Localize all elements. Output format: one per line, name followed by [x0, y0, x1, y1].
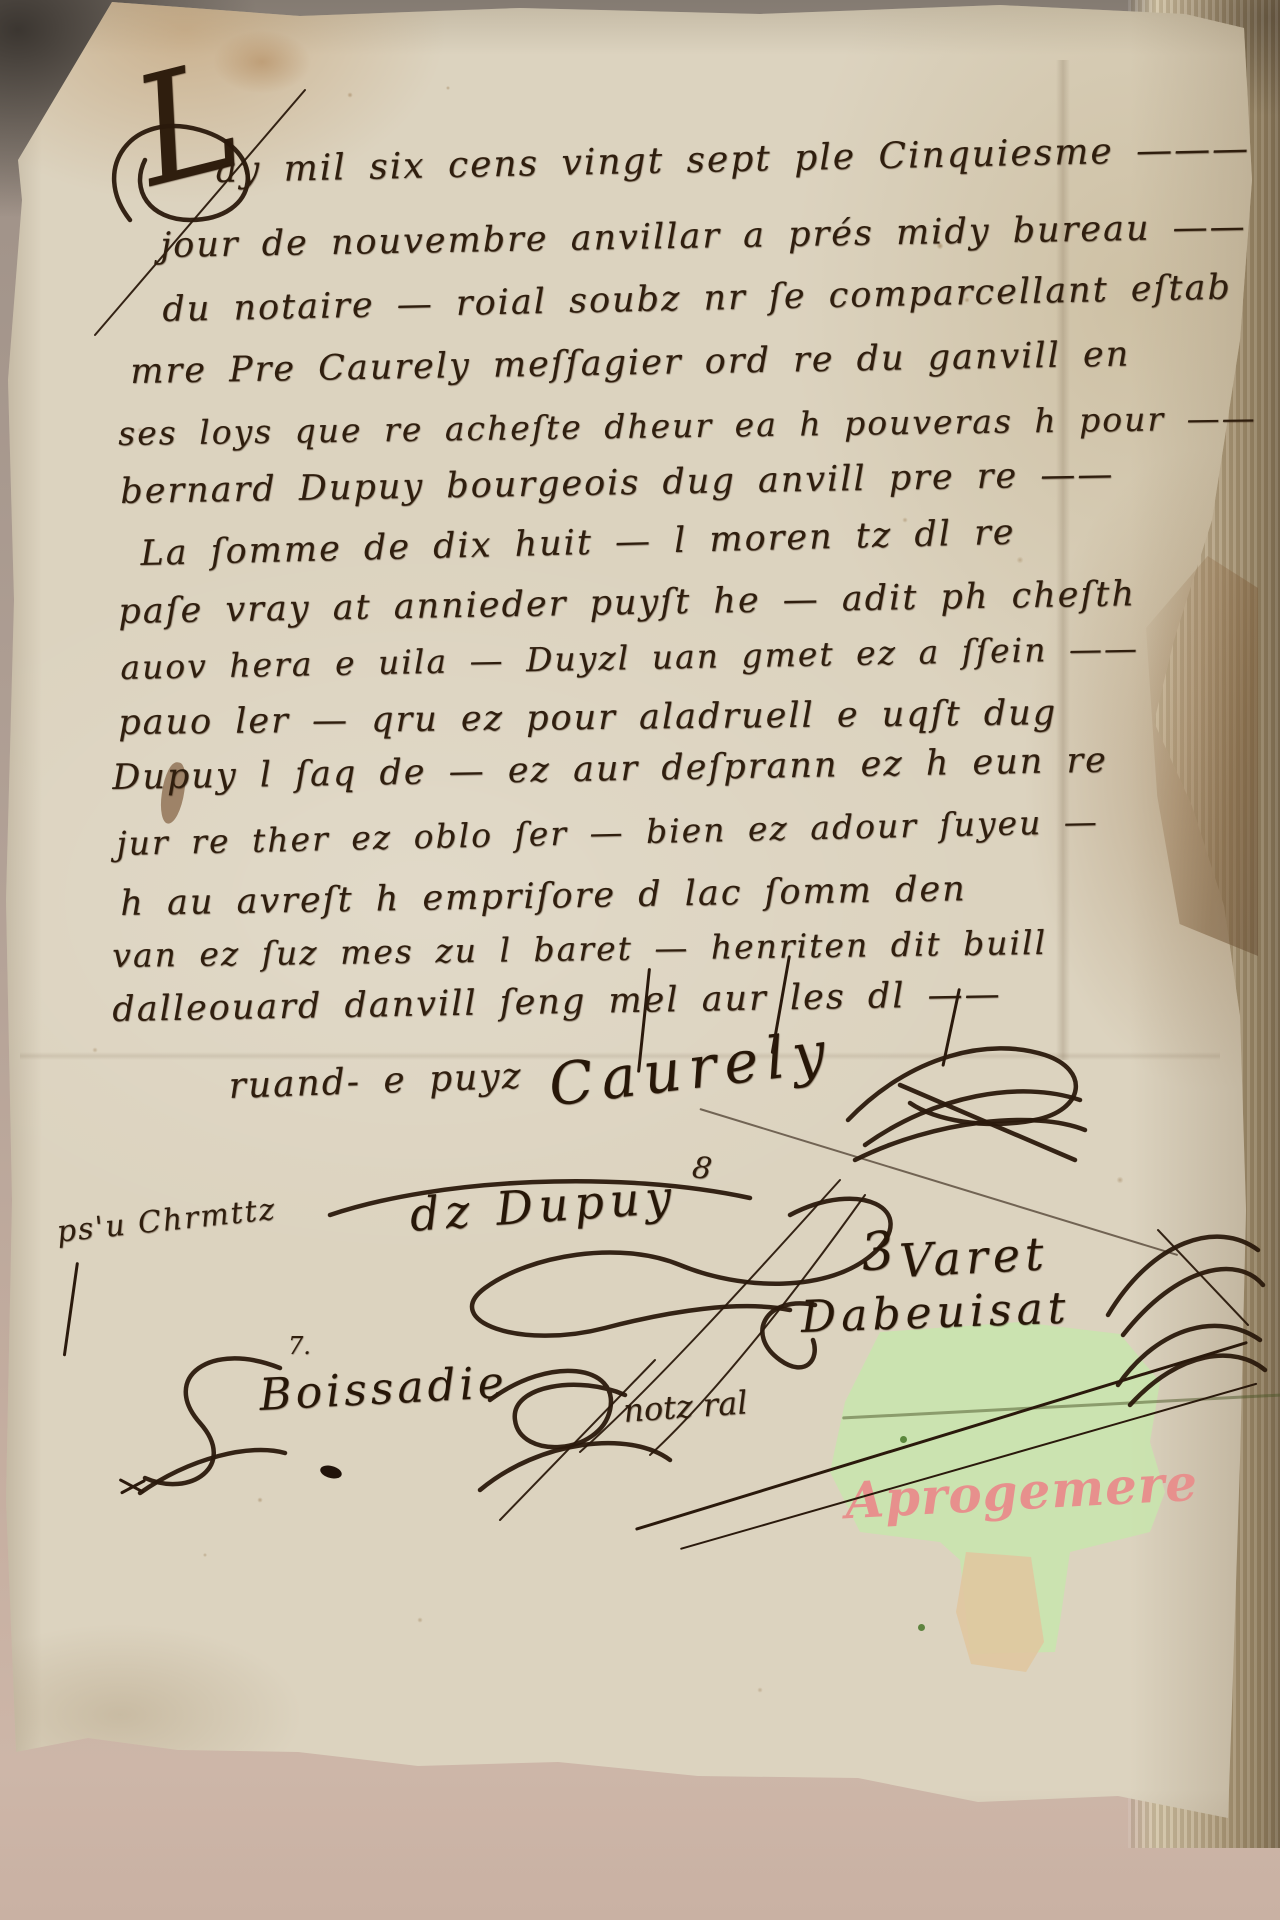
signature-varet: Varet — [898, 1226, 1050, 1288]
green-speck — [918, 1624, 925, 1631]
boissadie-paraph — [460, 1340, 680, 1530]
boissadie-b-swash — [130, 1338, 290, 1498]
signature-varet-prefix: 3 — [858, 1220, 902, 1284]
dabeuisat-flourish — [1110, 1300, 1270, 1410]
signature-dabeuisat: Dabeuisat — [800, 1283, 1071, 1343]
page-mark: 7. — [288, 1332, 311, 1360]
caurely-flourish — [840, 1025, 1090, 1175]
dabeuisat-d-swash — [735, 1290, 825, 1380]
photo-canvas: Aprogemere L ay mil six cens vingt sept … — [0, 0, 1280, 1920]
watermark-tree-trunk — [956, 1552, 1044, 1674]
